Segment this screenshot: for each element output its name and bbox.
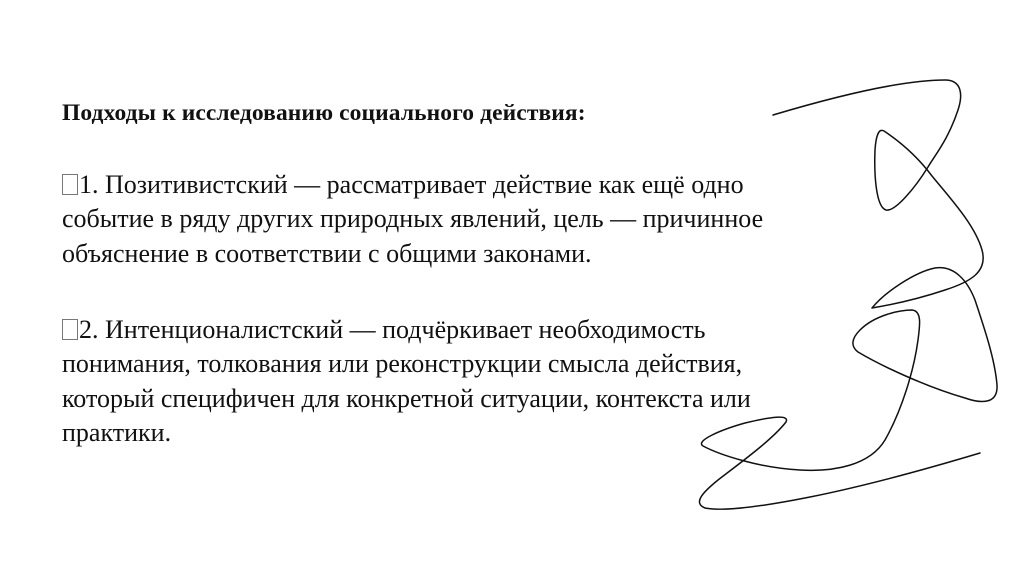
scribble-decoration-icon	[0, 0, 1024, 574]
slide: Подходы к исследованию социального дейст…	[0, 0, 1024, 574]
